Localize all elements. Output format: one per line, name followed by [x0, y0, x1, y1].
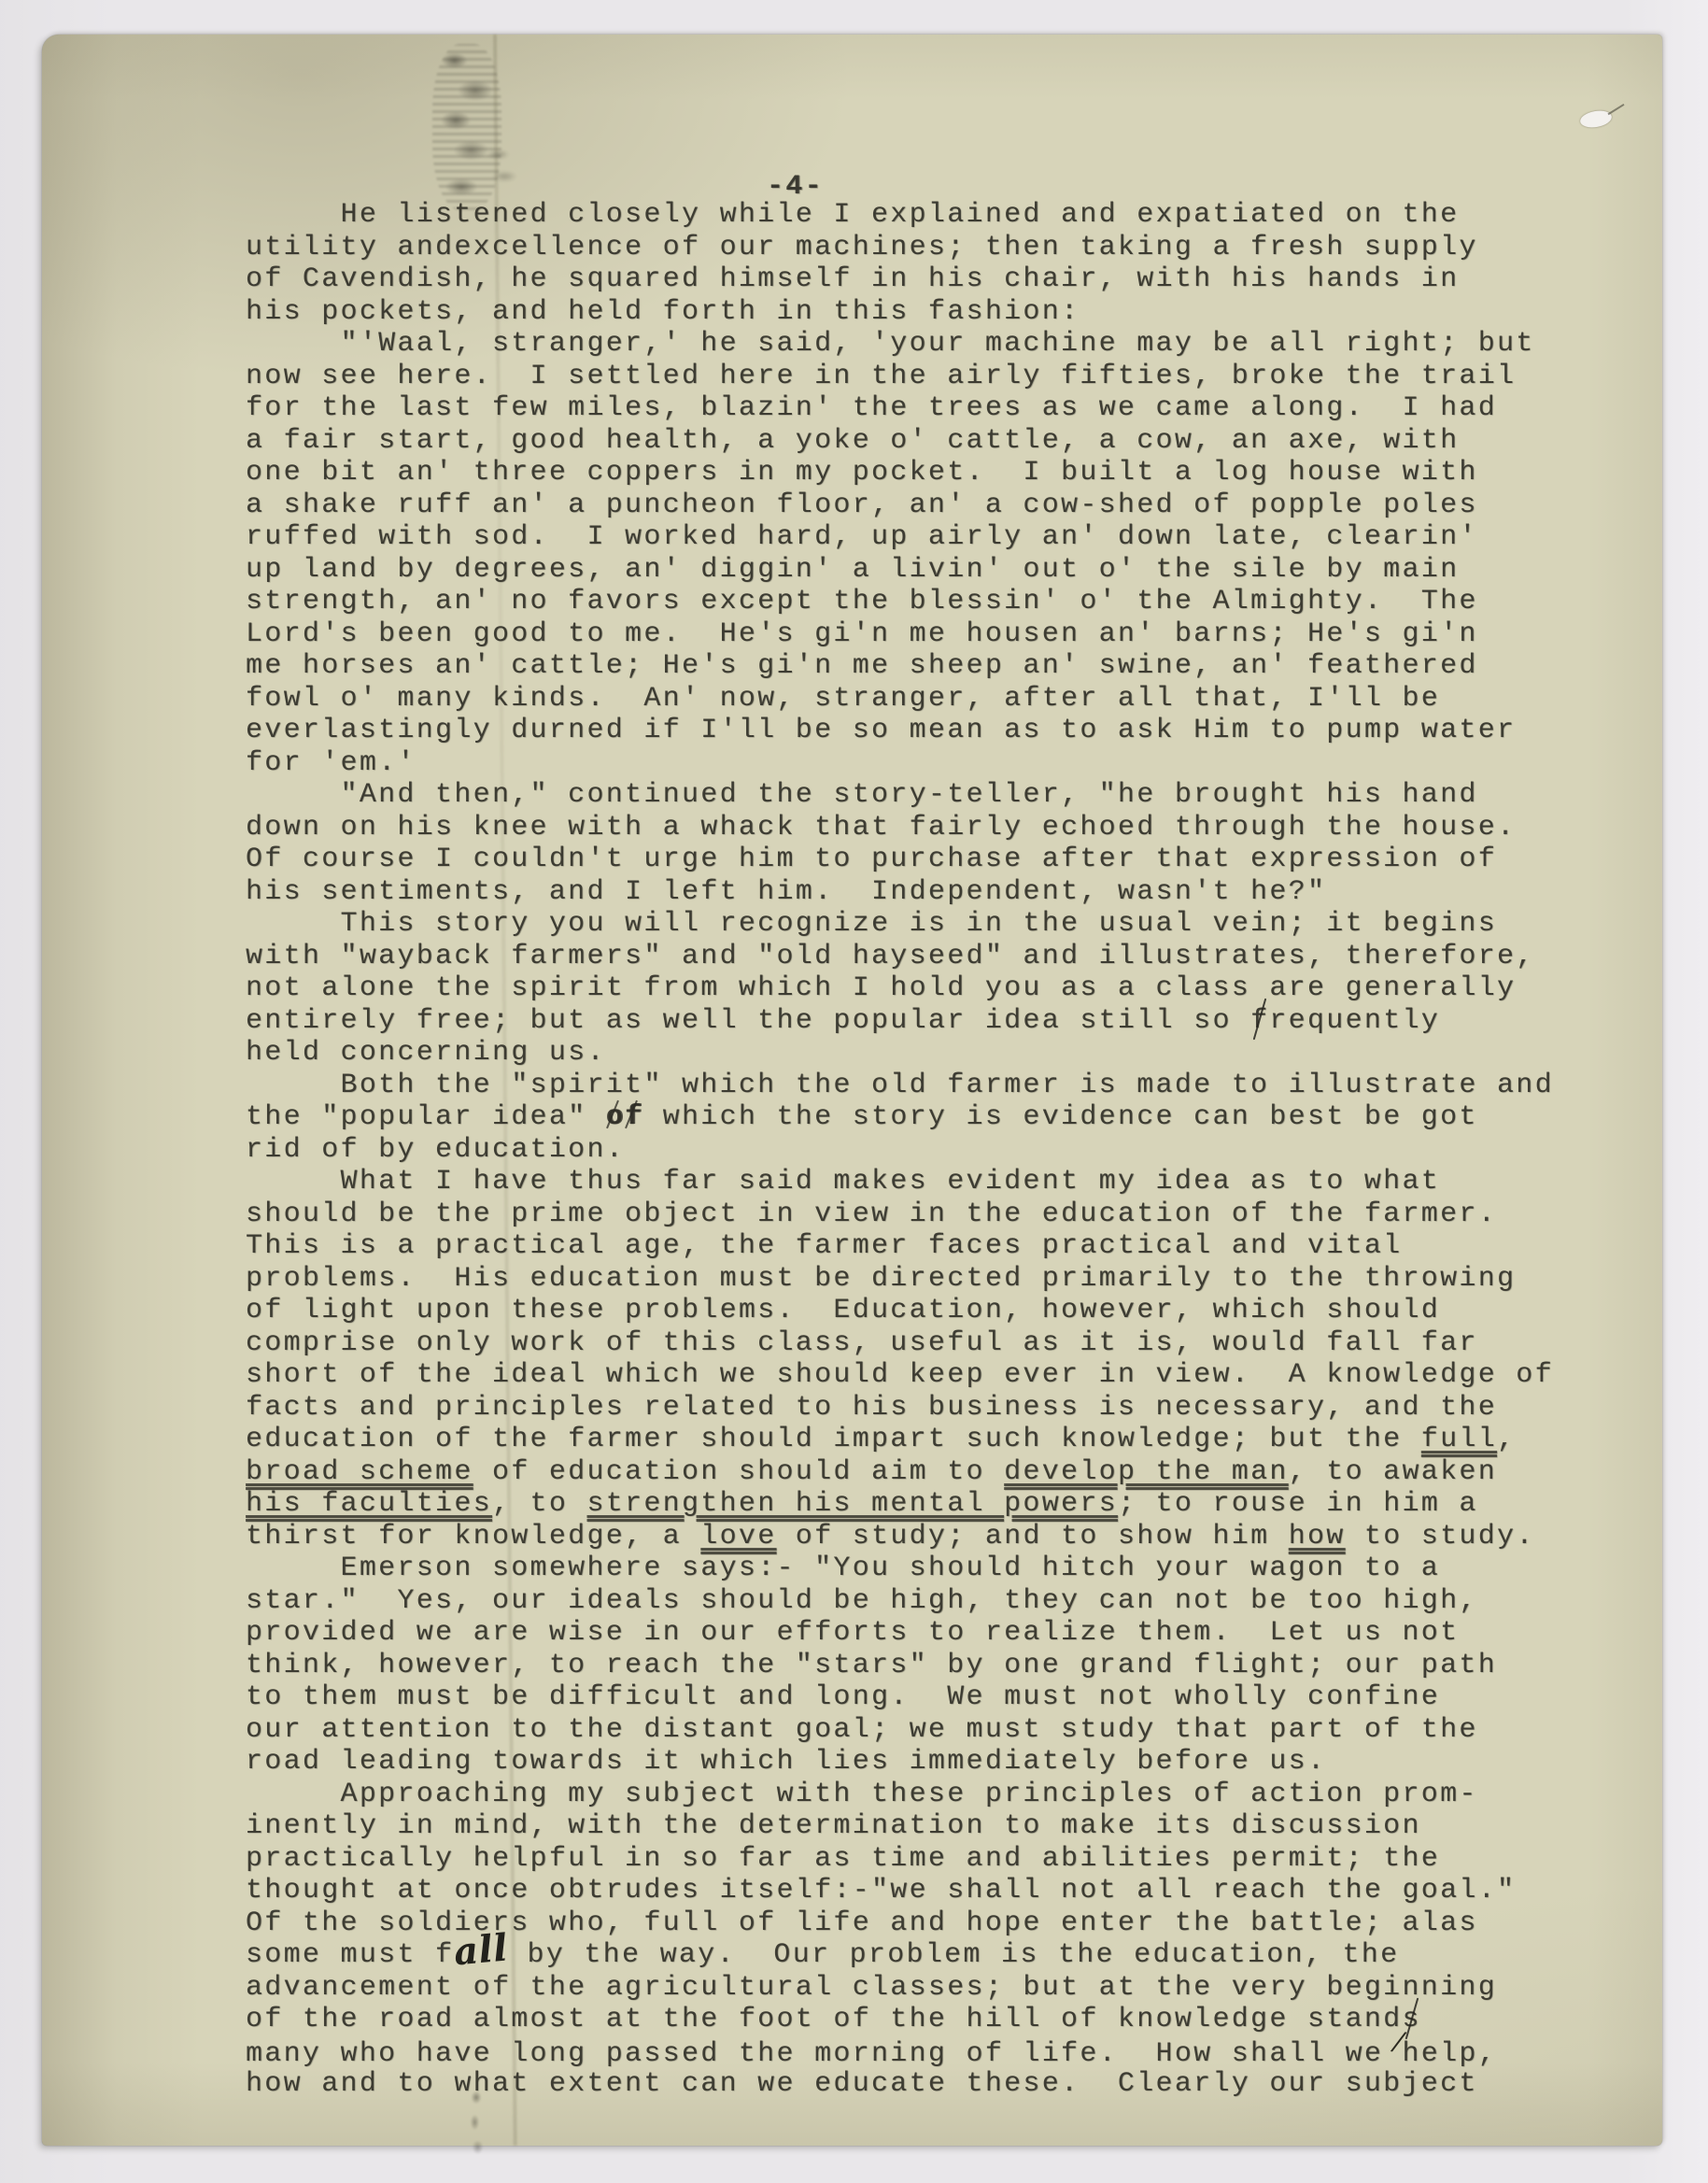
- typed-segment: short of the ideal which we should keep …: [246, 1359, 1554, 1391]
- text-line: problems. His education must be directed…: [246, 1263, 1628, 1296]
- text-line: entirely free; but as well the popular i…: [246, 1005, 1628, 1038]
- manuscript-page: -4- He listened closely while I explaine…: [42, 35, 1662, 2146]
- text-line: for the last few miles, blazin' the tree…: [246, 392, 1628, 425]
- text-line: down on his knee with a whack that fairl…: [246, 812, 1628, 844]
- typed-segment: a fair start, good health, a yoke o' cat…: [246, 425, 1459, 457]
- typed-segment: requently: [1269, 1005, 1440, 1037]
- text-line: me horses an' cattle; He's gi'n me sheep…: [246, 650, 1628, 683]
- typed-segment: of study; and to show him: [777, 1521, 1289, 1552]
- text-line: This is a practical age, the farmer face…: [246, 1230, 1628, 1263]
- text-line: the "popular idea" of which the story is…: [246, 1101, 1628, 1134]
- typed-segment: This story you will recognize is in the …: [246, 908, 1497, 940]
- text-line: comprise only work of this class, useful…: [246, 1327, 1628, 1360]
- typed-segment: comprise only work of this class, useful…: [246, 1327, 1478, 1359]
- typed-segment: He listened closely while I explained an…: [246, 199, 1459, 231]
- typed-segment: rid of by education.: [246, 1134, 625, 1166]
- typed-segment: held concerning us.: [246, 1037, 606, 1069]
- typed-segment: Approaching my subject with these princi…: [246, 1779, 1478, 1810]
- text-line: "And then," continued the story-teller, …: [246, 779, 1628, 812]
- text-line: What I have thus far said makes evident …: [246, 1166, 1628, 1198]
- typed-segment: by the way. Our problem is the education…: [508, 1939, 1399, 1971]
- typed-segment: of Cavendish, he squared himself in his …: [246, 263, 1459, 295]
- text-line: road leading towards it which lies immed…: [246, 1746, 1628, 1779]
- typed-segment: of the road almost at the foot of the hi…: [246, 2004, 1402, 2035]
- paper-tear-spot: [1579, 108, 1613, 130]
- scanner-background: -4- He listened closely while I explaine…: [0, 0, 1708, 2183]
- text-line: short of the ideal which we should keep …: [246, 1359, 1628, 1392]
- typed-segment: What I have thus far said makes evident …: [246, 1166, 1440, 1198]
- underlined-phrase: his faculties: [246, 1488, 492, 1520]
- typed-segment: thought at once obtrudes itself:-"we sha…: [246, 1875, 1516, 1907]
- text-line: his sentiments, and I left him. Independ…: [246, 876, 1628, 909]
- typed-segment: inently in mind, with the determination …: [246, 1810, 1421, 1842]
- text-line: our attention to the distant goal; we mu…: [246, 1714, 1628, 1747]
- typed-segment: many who have long passed the morning of…: [246, 2038, 1402, 2070]
- typed-segment: which the story is evidence can best be …: [643, 1101, 1477, 1133]
- typed-segment: his pockets, and held forth in this fash…: [246, 296, 1080, 328]
- ink-smudge: [432, 44, 501, 210]
- text-line: to them must be difficult and long. We m…: [246, 1681, 1628, 1714]
- underlined-phrase: broad scheme: [246, 1456, 473, 1488]
- typed-segment: provided we are wise in our efforts to r…: [246, 1617, 1459, 1649]
- text-line: many who have long passed the morning of…: [246, 2036, 1628, 2069]
- typed-segment: to them must be difficult and long. We m…: [246, 1681, 1440, 1713]
- typed-segment: everlastingly durned if I'll be so mean …: [246, 715, 1516, 746]
- text-line: facts and principles related to his busi…: [246, 1392, 1628, 1425]
- underlined-phrase: full: [1421, 1424, 1497, 1455]
- text-line: should be the prime object in view in th…: [246, 1198, 1628, 1231]
- typed-segment: of light upon these problems. Education,…: [246, 1295, 1440, 1326]
- text-line: for 'em.': [246, 747, 1628, 780]
- underlined-phrase: love: [700, 1521, 776, 1552]
- typed-segment: our attention to the distant goal; we mu…: [246, 1714, 1478, 1746]
- text-line: his faculties, to strengthen his mental …: [246, 1488, 1628, 1521]
- typed-segment: for 'em.': [246, 747, 416, 779]
- typed-segment: down on his knee with a whack that fairl…: [246, 812, 1516, 843]
- typed-text-body: He listened closely while I explained an…: [246, 199, 1628, 2101]
- text-line: of Cavendish, he squared himself in his …: [246, 263, 1628, 296]
- typed-segment: of education should aim to: [473, 1456, 1004, 1488]
- text-line: advancement of the agricultural classes;…: [246, 1972, 1628, 2005]
- typed-segment: a shake ruff an' a puncheon floor, an' a…: [246, 489, 1478, 521]
- text-line: up land by degrees, an' diggin' a livin'…: [246, 554, 1628, 587]
- text-line: of the road almost at the foot of the hi…: [246, 2004, 1628, 2036]
- text-line: thirst for knowledge, a love of study; a…: [246, 1521, 1628, 1553]
- text-line: Lord's been good to me. He's gi'n me hou…: [246, 618, 1628, 651]
- text-line: ruffed with sod. I worked hard, up airly…: [246, 521, 1628, 554]
- text-line: Of course I couldn't urge him to purchas…: [246, 843, 1628, 876]
- text-line: not alone the spirit from which I hold y…: [246, 972, 1628, 1005]
- text-line: utility andexcellence of our machines; t…: [246, 232, 1628, 264]
- typed-segment: facts and principles related to his busi…: [246, 1392, 1497, 1424]
- typed-segment: Of course I couldn't urge him to purchas…: [246, 843, 1497, 875]
- typed-segment: for the last few miles, blazin' the tree…: [246, 392, 1497, 424]
- text-line: This story you will recognize is in the …: [246, 908, 1628, 941]
- typed-segment: with "wayback farmers" and "old hayseed"…: [246, 941, 1535, 972]
- typed-segment: help,: [1402, 2038, 1497, 2070]
- typed-segment: advancement of the agricultural classes;…: [246, 1972, 1497, 2004]
- typed-segment: "'Waal, stranger,' he said, 'your machin…: [246, 328, 1535, 360]
- typed-segment: , to awaken: [1289, 1456, 1497, 1488]
- text-line: fowl o' many kinds. An' now, stranger, a…: [246, 683, 1628, 716]
- typed-segment: his sentiments, and I left him. Independ…: [246, 876, 1326, 908]
- text-line: one bit an' three coppers in my pocket. …: [246, 457, 1628, 489]
- text-line: of light upon these problems. Education,…: [246, 1295, 1628, 1327]
- text-line: thought at once obtrudes itself:-"we sha…: [246, 1875, 1628, 1907]
- page-number: -4-: [767, 171, 824, 203]
- typed-segment: practically helpful in so far as time an…: [246, 1843, 1440, 1875]
- text-line: strength, an' no favors except the bless…: [246, 586, 1628, 618]
- typed-segment: star." Yes, our ideals should be high, t…: [246, 1585, 1478, 1617]
- typed-segment: the "popular idea": [246, 1101, 606, 1133]
- typed-segment: should be the prime object in view in th…: [246, 1198, 1497, 1230]
- text-line: "'Waal, stranger,' he said, 'your machin…: [246, 328, 1628, 361]
- text-line: think, however, to reach the "stars" by …: [246, 1650, 1628, 1682]
- text-line: how and to what extent can we educate th…: [246, 2068, 1628, 2101]
- typed-segment: ; to rouse in him a: [1118, 1488, 1478, 1520]
- text-line: Emerson somewhere says:- "You should hit…: [246, 1552, 1628, 1585]
- typed-segment: education of the farmer should impart su…: [246, 1424, 1421, 1455]
- typed-segment: think, however, to reach the "stars" by …: [246, 1650, 1497, 1681]
- typed-segment: Of the soldiers who, full of life and ho…: [246, 1907, 1478, 1939]
- text-line: held concerning us.: [246, 1037, 1628, 1070]
- underlined-phrase: develop the man: [1004, 1456, 1289, 1488]
- text-line: rid of by education.: [246, 1134, 1628, 1167]
- typed-segment: ,: [1497, 1424, 1516, 1455]
- typed-segment: Emerson somewhere says:- "You should hit…: [246, 1552, 1440, 1584]
- typed-segment: Both the "spirit" which the old farmer i…: [246, 1070, 1554, 1101]
- text-line: with "wayback farmers" and "old hayseed"…: [246, 941, 1628, 973]
- text-line: Both the "spirit" which the old farmer i…: [246, 1070, 1628, 1102]
- typed-segment: to study.: [1346, 1521, 1535, 1552]
- text-line: inently in mind, with the determination …: [246, 1810, 1628, 1843]
- typed-segment: strength, an' no favors except the bless…: [246, 586, 1478, 617]
- text-line: practically helpful in so far as time an…: [246, 1843, 1628, 1876]
- typed-segment: ruffed with sod. I worked hard, up airly…: [246, 521, 1478, 553]
- typed-segment: , to: [492, 1488, 587, 1520]
- typed-segment: thirst for knowledge, a: [246, 1521, 700, 1552]
- underlined-phrase: strengthen his mental powers: [586, 1488, 1117, 1520]
- text-line: provided we are wise in our efforts to r…: [246, 1617, 1628, 1650]
- typed-segment: entirely free; but as well the popular i…: [246, 1005, 1250, 1037]
- typed-segment: not alone the spirit from which I hold y…: [246, 972, 1516, 1004]
- struck-character: f: [1250, 1005, 1269, 1037]
- text-line: a fair start, good health, a yoke o' cat…: [246, 425, 1628, 458]
- text-line: star." Yes, our ideals should be high, t…: [246, 1585, 1628, 1618]
- text-line: his pockets, and held forth in this fash…: [246, 296, 1628, 329]
- text-line: Approaching my subject with these princi…: [246, 1779, 1628, 1811]
- text-line: He listened closely while I explained an…: [246, 199, 1628, 232]
- typed-segment: up land by degrees, an' diggin' a livin'…: [246, 554, 1459, 586]
- text-line: broad scheme of education should aim to …: [246, 1456, 1628, 1489]
- typed-segment: This is a practical age, the farmer face…: [246, 1230, 1402, 1262]
- handwritten-correction: all: [455, 1948, 509, 1952]
- text-line: a shake ruff an' a puncheon floor, an' a…: [246, 489, 1628, 522]
- text-line: now see here. I settled here in the airl…: [246, 361, 1628, 393]
- overstruck-word: of: [606, 1101, 644, 1133]
- typed-segment: Lord's been good to me. He's gi'n me hou…: [246, 618, 1478, 650]
- typed-segment: now see here. I settled here in the airl…: [246, 361, 1516, 392]
- typed-segment: road leading towards it which lies immed…: [246, 1746, 1326, 1778]
- typed-segment: problems. His education must be directed…: [246, 1263, 1516, 1295]
- text-line: everlastingly durned if I'll be so mean …: [246, 715, 1628, 747]
- typed-segment: how and to what extent can we educate th…: [246, 2068, 1478, 2100]
- typed-segment: me horses an' cattle; He's gi'n me sheep…: [246, 650, 1478, 682]
- typed-segment: "And then," continued the story-teller, …: [246, 779, 1478, 811]
- typed-segment: utility andexcellence of our machines; t…: [246, 232, 1478, 263]
- typed-segment: one bit an' three coppers in my pocket. …: [246, 457, 1478, 489]
- typed-segment: fowl o' many kinds. An' now, stranger, a…: [246, 683, 1440, 715]
- text-line: education of the farmer should impart su…: [246, 1424, 1628, 1456]
- text-line: some must fall by the way. Our problem i…: [246, 1939, 1628, 1972]
- underlined-phrase: how: [1289, 1521, 1346, 1552]
- typed-segment: some must f: [246, 1939, 454, 1971]
